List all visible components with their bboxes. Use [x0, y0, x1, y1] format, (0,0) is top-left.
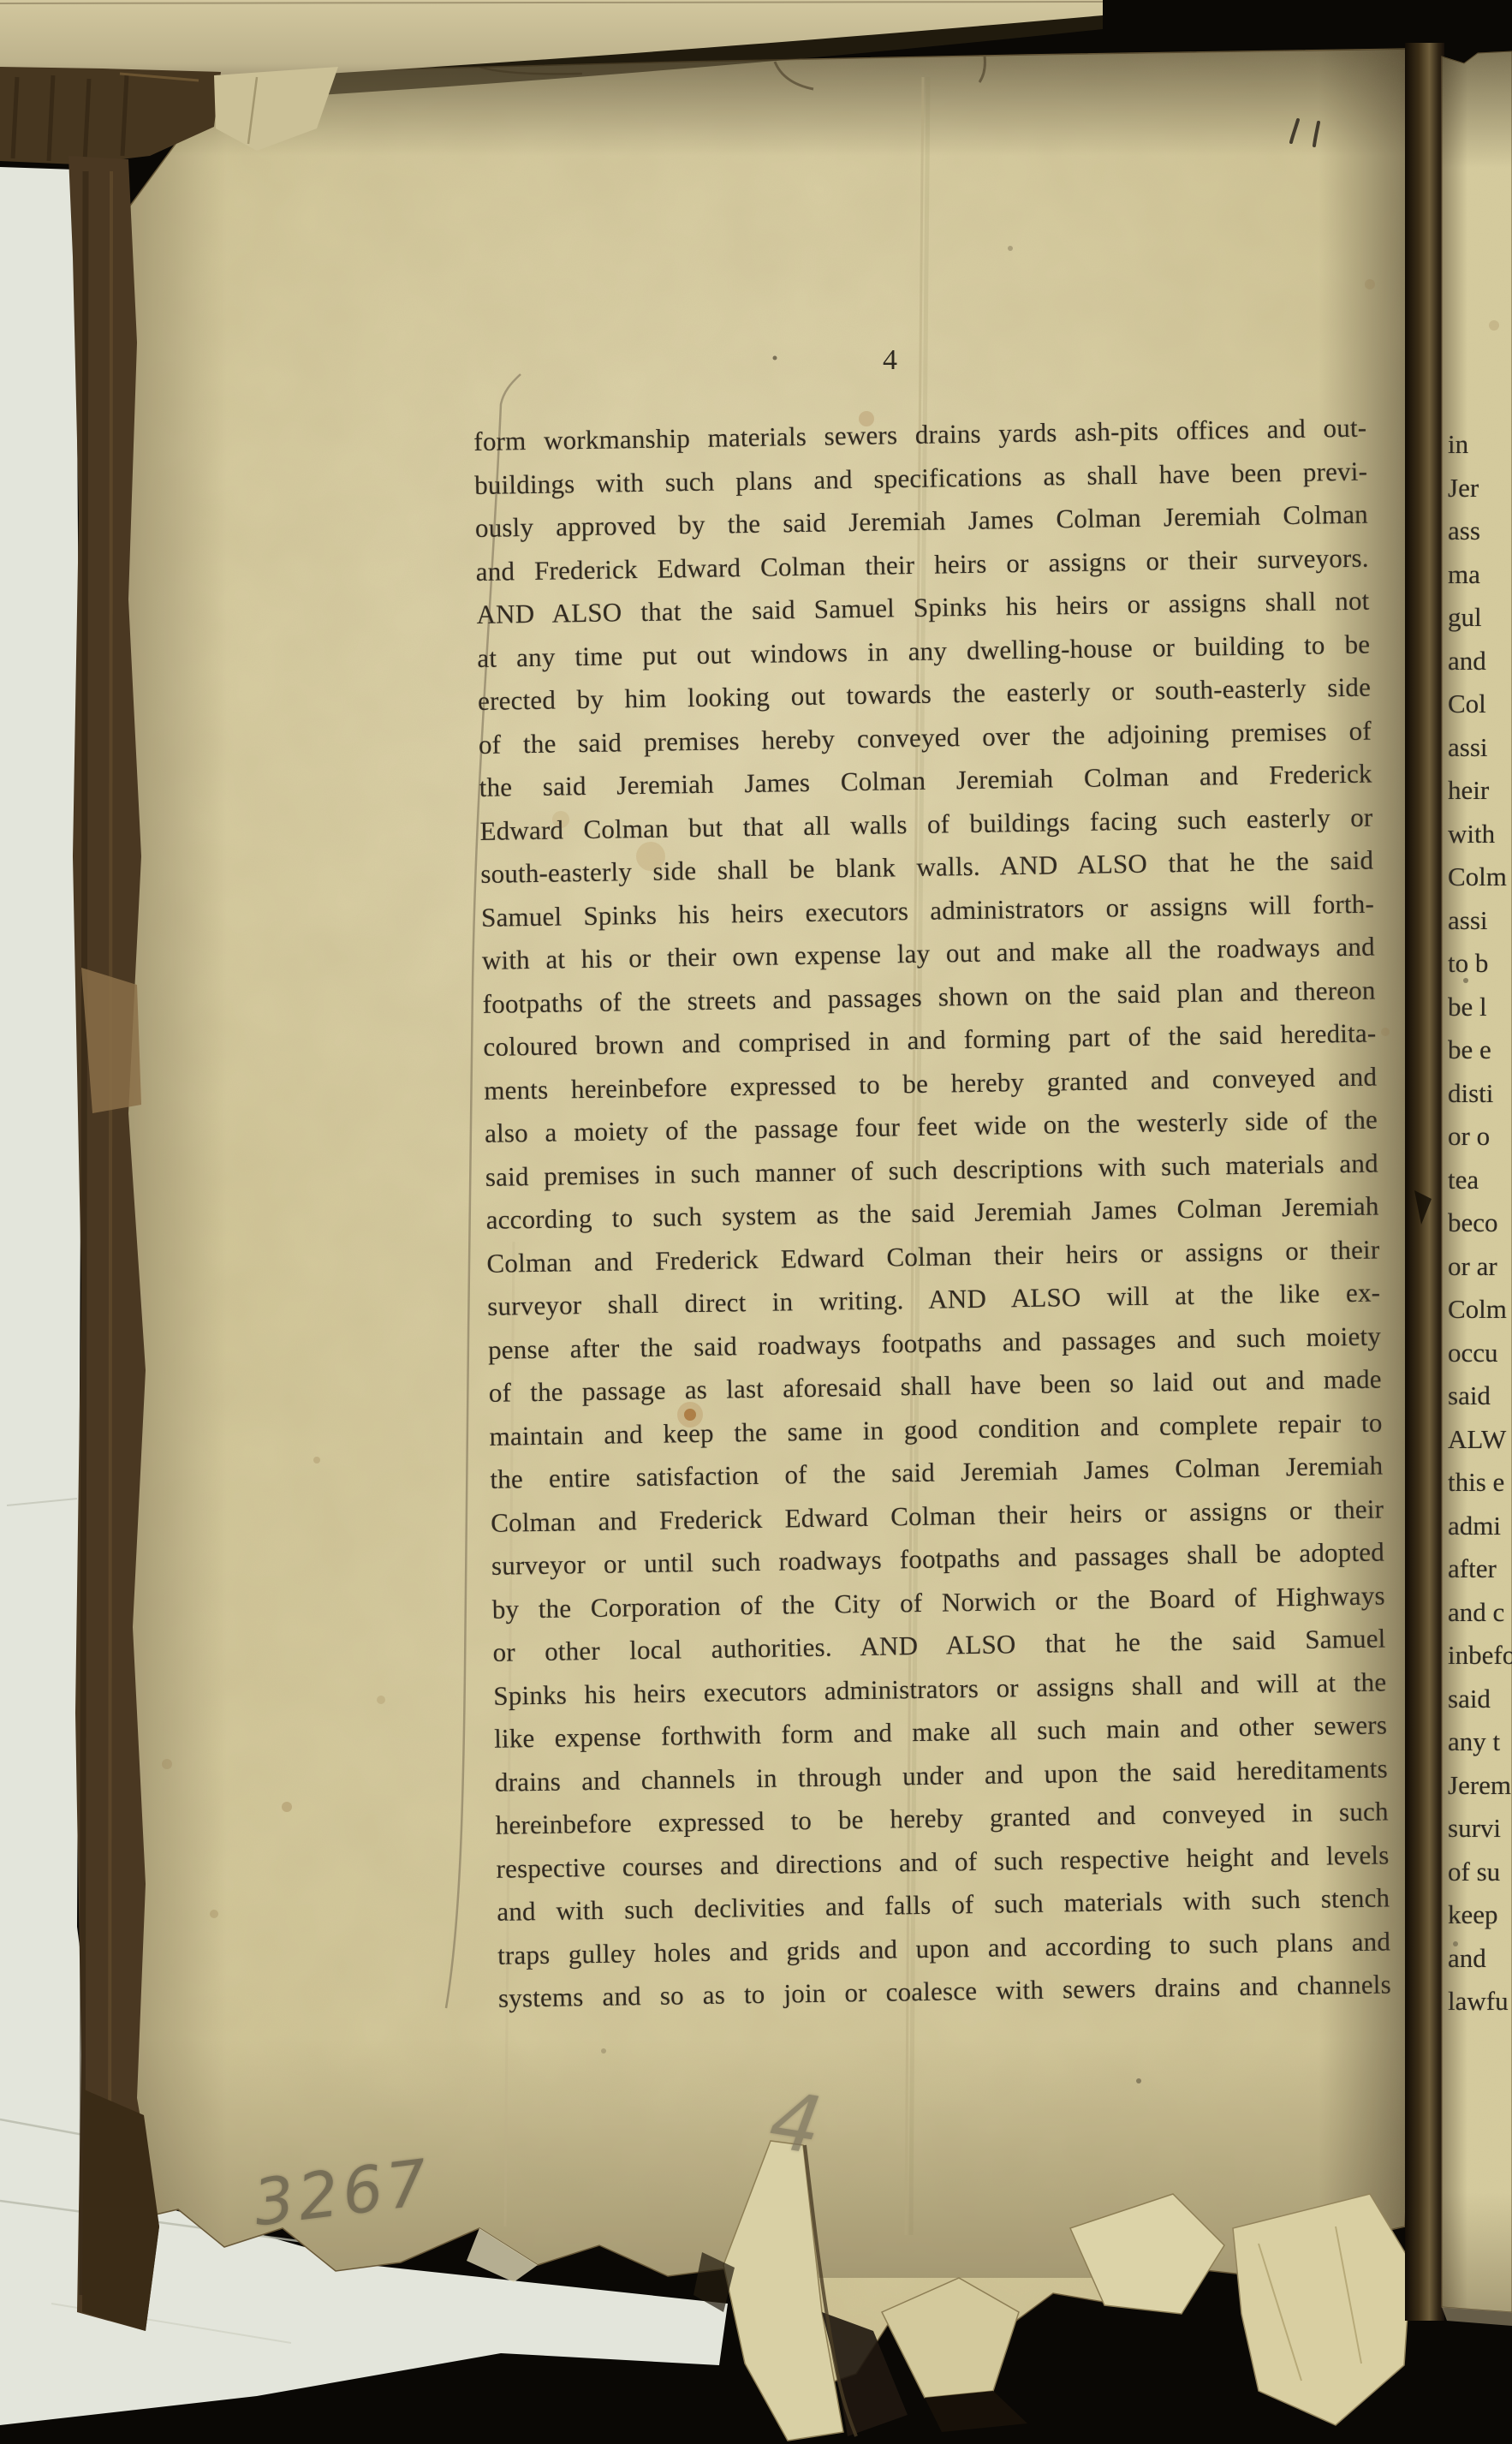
- book-scan: 4 form workmanship materials sewers drai…: [0, 0, 1512, 2444]
- text-fragment: be l: [1448, 986, 1512, 1029]
- text-fragment: and: [1448, 1937, 1512, 1981]
- text-fragment: after: [1448, 1547, 1512, 1591]
- page-number: 4: [860, 344, 920, 377]
- text-fragment: ma: [1448, 553, 1512, 597]
- text-fragment: occu: [1448, 1332, 1512, 1375]
- text-fragment: or o: [1448, 1115, 1512, 1159]
- adjacent-page-text: inJerassmagulandColassiheirwithColmassit…: [1448, 423, 1512, 2042]
- text-fragment: in: [1448, 423, 1512, 467]
- page-gutter: [1405, 43, 1444, 2321]
- text-fragment: said: [1448, 1678, 1512, 1721]
- text-fragment: and: [1448, 640, 1512, 683]
- text-fragment: heir: [1448, 769, 1512, 813]
- text-fragment: be e: [1448, 1028, 1512, 1072]
- text-fragment: assi: [1448, 899, 1512, 943]
- text-fragment: Colm: [1448, 1288, 1512, 1332]
- text-fragment: gul: [1448, 596, 1512, 640]
- text-fragment: with: [1448, 813, 1512, 856]
- text-fragment: or ar: [1448, 1245, 1512, 1289]
- text-fragment: assi: [1448, 726, 1512, 770]
- text-fragment: of su: [1448, 1851, 1512, 1894]
- text-fragment: lawfu: [1448, 1980, 1512, 2024]
- text-fragment: Col: [1448, 683, 1512, 726]
- text-fragment: keep: [1448, 1893, 1512, 1937]
- text-fragment: ass: [1448, 510, 1512, 553]
- text-fragment: Colm: [1448, 855, 1512, 899]
- text-fragment: beco: [1448, 1201, 1512, 1245]
- text-fragment: any t: [1448, 1720, 1512, 1764]
- text-fragment: this e: [1448, 1461, 1512, 1505]
- text-fragment: tea: [1448, 1159, 1512, 1202]
- text-fragment: to b: [1448, 942, 1512, 986]
- text-fragment: Jer: [1448, 467, 1512, 510]
- text-fragment: ALW: [1448, 1418, 1512, 1462]
- text-fragment: disti: [1448, 1072, 1512, 1116]
- text-fragment: Jerem: [1448, 1764, 1512, 1808]
- text-fragment: inbefo: [1448, 1634, 1512, 1678]
- text-fragment: survi: [1448, 1807, 1512, 1851]
- text-fragment: and c: [1448, 1591, 1512, 1635]
- text-fragment: admi: [1448, 1505, 1512, 1548]
- text-fragment: said: [1448, 1374, 1512, 1418]
- page-body-text: form workmanship materials sewers drains…: [473, 407, 1391, 2021]
